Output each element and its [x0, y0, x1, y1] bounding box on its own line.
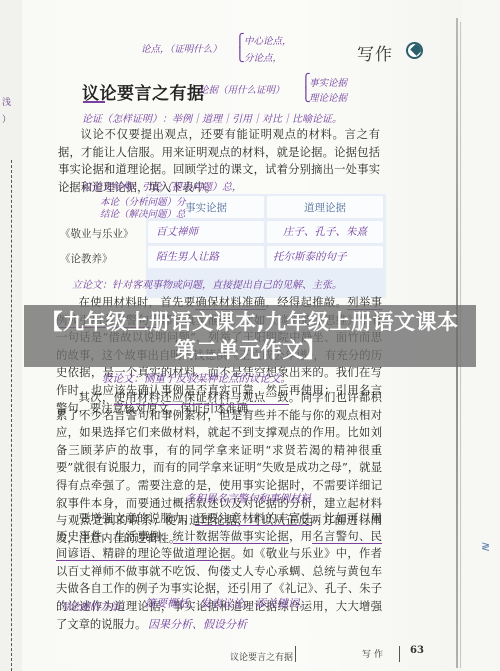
handwritten-note-rebuttal: 驳论文：侧重于反驳某种论点的议论文。	[102, 371, 291, 386]
footer-section: 写作	[362, 647, 386, 660]
handwritten-note-material: 多积累名言警句和事例材料	[185, 491, 311, 506]
handwritten-note-methods-list: 简要概括、发表议论、添关键词，	[145, 595, 310, 611]
footer-divider	[399, 646, 400, 662]
underlined-text: 使用材料还应保证材料与观点一致	[114, 391, 289, 405]
scanned-textbook-page: 浅 ） ≷ 写作 论点，（证明什么） ⎧ ⎩ 中心论点， 分论点， 议论要言之有…	[0, 0, 500, 671]
handwritten-note-methods: 论证（怎样证明）：举例｜道理｜引用｜对比｜比喻论证。	[82, 110, 342, 125]
handwritten-note-theory-evidence: 理论论据	[309, 90, 347, 104]
row-label: 《敬业与乐业》	[60, 226, 134, 241]
right-margin-scribble: ≷	[481, 540, 490, 553]
page-number: 63	[410, 645, 424, 656]
text-run: 其次，	[79, 391, 114, 404]
underlined-text: 统计数据等做事实论据	[173, 530, 290, 544]
text-run: ，用	[289, 530, 312, 543]
handwritten-note-structure: 议论文结构：引论（提出问题）总，	[82, 178, 242, 193]
left-margin-note: 浅	[2, 95, 11, 108]
handwritten-note-thesis: 论点，（证明什么）	[141, 41, 222, 55]
section-label: 写作	[357, 40, 393, 65]
row-label: 《论教养》	[60, 251, 113, 266]
footer-chapter: 议论要言之有据	[230, 650, 293, 663]
title-underline	[83, 101, 105, 103]
handwritten-cell-value: 百丈禅师	[156, 224, 198, 239]
overlay-title: 【九年级上册语文课本,九年级上册语文课本第二单元作文】	[24, 305, 476, 367]
handwritten-cell-value: 庄子、孔子、朱熹	[283, 224, 367, 239]
underlined-text: 还要注意材料的丰富性	[195, 512, 312, 526]
handwritten-note-sub: 分论点，	[244, 50, 282, 64]
paragraph-text: 要增强文章的说服力，还要注意材料的丰富性。比如可以用历史事件、生活事例、统计数据…	[56, 510, 382, 633]
text-run: 要增强文章的说服力，	[79, 512, 196, 525]
handwritten-note-central: 中心论点，	[244, 33, 292, 47]
handwritten-note-methods-list: 因果分析、假设分析	[148, 616, 247, 632]
handwritten-note-methods-label: 写论据的方法：	[60, 598, 130, 613]
column-header-reason: 道理论据	[267, 200, 383, 215]
dotted-margin-line	[11, 160, 12, 671]
handwritten-cell-value: 托尔斯泰的句子	[273, 249, 347, 264]
left-margin-note: ）	[2, 112, 11, 125]
handwritten-note-conclusion: 结论（解决问题）总	[100, 206, 186, 220]
handwritten-note-argument-essay: 立论文：针对客观事物或问题，直接提出自己的见解、主张。	[72, 276, 342, 291]
footer-divider	[295, 646, 296, 662]
handwritten-note-fact-evidence: 事实论据	[309, 75, 347, 89]
richness-paragraph: 要增强文章的说服力，还要注意材料的丰富性。比如可以用历史事件、生活事例、统计数据…	[56, 510, 382, 633]
handwritten-note-evidence: 论据（用什么证明）	[199, 82, 285, 96]
pen-circle-icon	[406, 42, 423, 59]
handwritten-cell-value: 陌生男人让路	[156, 249, 219, 264]
